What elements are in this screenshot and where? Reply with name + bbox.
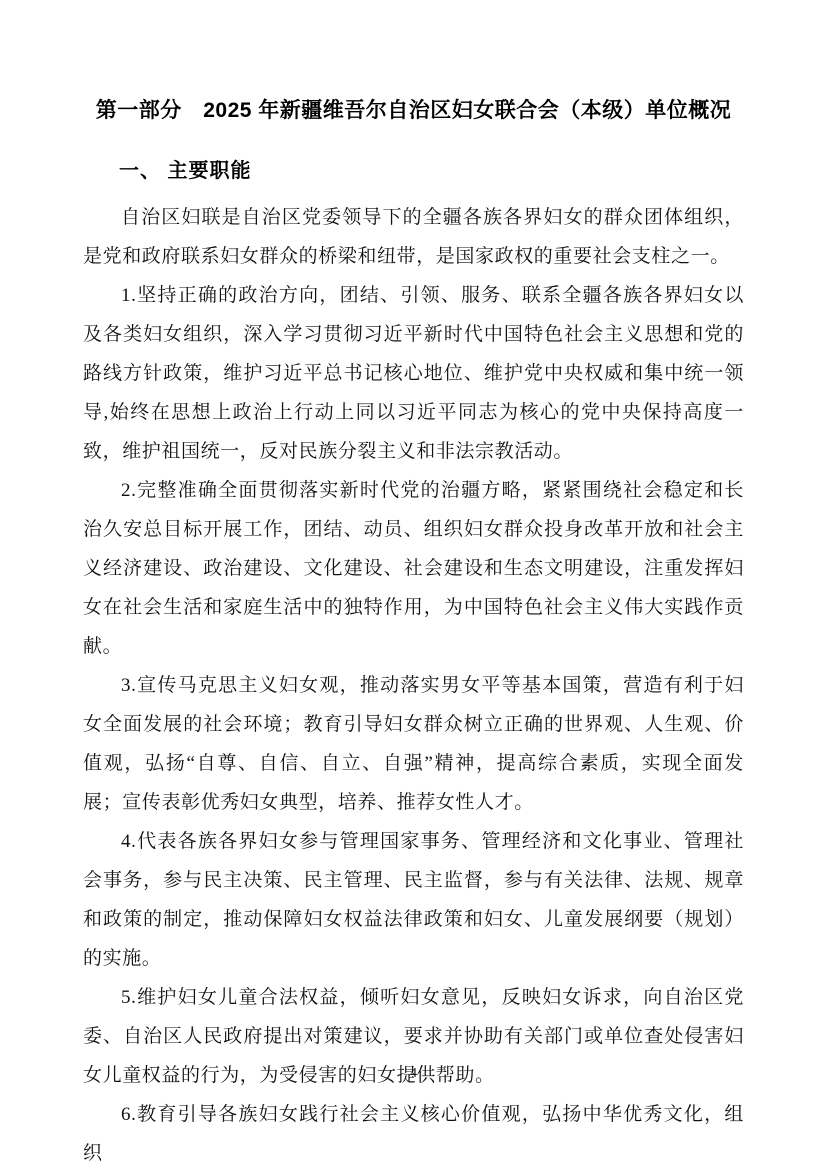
paragraph-item-1: 1.坚持正确的政治方向，团结、引领、服务、联系全疆各族各界妇女以及各类妇女组织，… bbox=[83, 276, 744, 471]
paragraph-item-4: 4.代表各族各界妇女参与管理国家事务、管理经济和文化事业、管理社会事务，参与民主… bbox=[83, 822, 744, 978]
paragraph-item-3: 3.宣传马克思主义妇女观，推动落实男女平等基本国策，营造有利于妇女全面发展的社会… bbox=[83, 666, 744, 822]
paragraph-item-6: 6.教育引导各族妇女践行社会主义核心价值观，弘扬中华优秀文化，组织 bbox=[83, 1095, 744, 1170]
page-number: 4 bbox=[0, 1064, 827, 1084]
paragraph-intro: 自治区妇联是自治区党委领导下的全疆各族各界妇女的群众团体组织，是党和政府联系妇女… bbox=[83, 198, 744, 276]
section-heading: 一、 主要职能 bbox=[83, 158, 744, 184]
document-body: 自治区妇联是自治区党委领导下的全疆各族各界妇女的群众团体组织，是党和政府联系妇女… bbox=[83, 198, 744, 1170]
document-page: 第一部分 2025 年新疆维吾尔自治区妇女联合会（本级）单位概况 一、 主要职能… bbox=[0, 0, 827, 1170]
document-title: 第一部分 2025 年新疆维吾尔自治区妇女联合会（本级）单位概况 bbox=[83, 97, 744, 125]
paragraph-item-2: 2.完整准确全面贯彻落实新时代党的治疆方略，紧紧围绕社会稳定和长治久安总目标开展… bbox=[83, 471, 744, 666]
